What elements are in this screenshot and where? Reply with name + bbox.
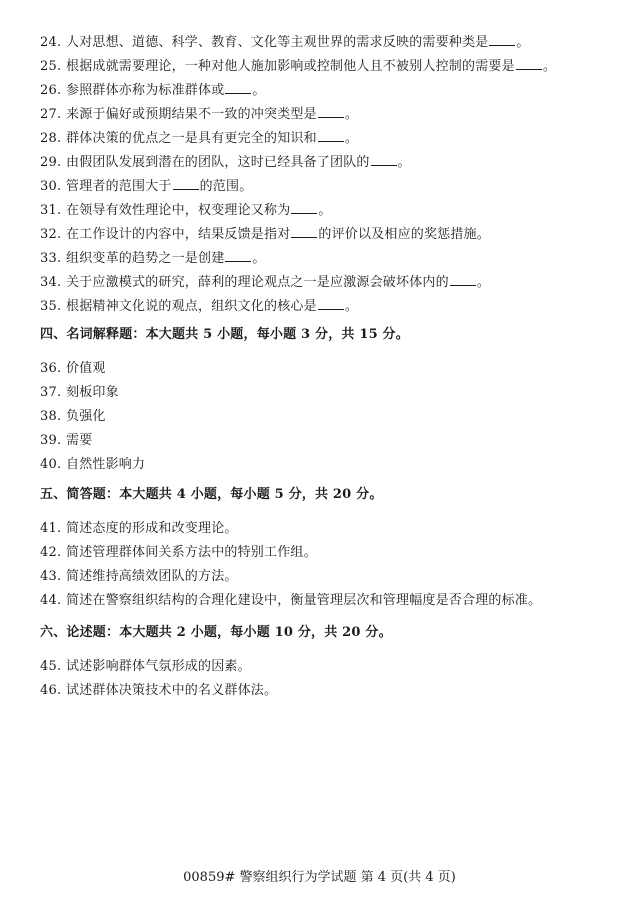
question-30: 30.管理者的范围大于的范围。 — [40, 177, 252, 195]
question-text: 简述态度的形成和改变理论。 — [66, 521, 238, 536]
question-text: 在工作设计的内容中，结果反馈是指对 — [66, 227, 290, 242]
question-text-end: 。 — [345, 299, 358, 314]
question-text: 简述管理群体间关系方法中的特别工作组。 — [66, 545, 317, 560]
question-text: 刻板印象 — [66, 385, 119, 400]
question-34: 34.关于应激模式的研究，薛利的理论观点之一是应激源会破坏体内的。 — [40, 273, 490, 291]
question-number: 29. — [40, 155, 66, 171]
question-number: 37. — [40, 385, 66, 401]
question-number: 28. — [40, 131, 66, 147]
answer-blank — [318, 105, 344, 118]
question-text-end: 的范围。 — [200, 179, 253, 194]
question-number: 44. — [40, 593, 66, 609]
question-number: 46. — [40, 683, 66, 699]
question-text: 参照群体亦称为标准群体或 — [66, 83, 224, 98]
answer-blank — [450, 273, 476, 286]
question-46: 46.试述群体决策技术中的名义群体法。 — [40, 683, 277, 699]
question-number: 31. — [40, 203, 66, 219]
question-text-end: 。 — [543, 59, 556, 74]
answer-blank — [371, 153, 397, 166]
question-number: 43. — [40, 569, 66, 585]
question-text: 关于应激模式的研究，薛利的理论观点之一是应激源会破坏体内的 — [66, 275, 449, 290]
question-36: 36.价值观 — [40, 361, 106, 377]
question-number: 42. — [40, 545, 66, 561]
question-text-end: 。 — [318, 203, 331, 218]
answer-blank — [318, 297, 344, 310]
question-text: 价值观 — [66, 361, 106, 376]
question-text: 试述群体决策技术中的名义群体法。 — [66, 683, 277, 698]
answer-blank — [318, 129, 344, 142]
question-45: 45.试述影响群体气氛形成的因素。 — [40, 659, 251, 675]
question-text-end: 。 — [477, 275, 490, 290]
question-text-end: 。 — [398, 155, 411, 170]
answer-blank — [291, 201, 317, 214]
question-31: 31.在领导有效性理论中，权变理论又称为。 — [40, 201, 332, 219]
question-text: 根据成就需要理论，一种对他人施加影响或控制他人且不被别人控制的需要是 — [66, 59, 515, 74]
question-number: 45. — [40, 659, 66, 675]
answer-blank — [225, 249, 251, 262]
question-25: 25.根据成就需要理论，一种对他人施加影响或控制他人且不被别人控制的需要是。 — [40, 57, 556, 75]
question-37: 37.刻板印象 — [40, 385, 119, 401]
section-heading-6: 六、论述题：本大题共 2 小题，每小题 10 分，共 20 分。 — [40, 625, 392, 641]
question-number: 24. — [40, 35, 66, 51]
answer-blank — [173, 177, 199, 190]
answer-blank — [489, 33, 515, 46]
question-text-end: 。 — [516, 35, 529, 50]
question-text: 试述影响群体气氛形成的因素。 — [66, 659, 251, 674]
exam-page: 24.人对思想、道德、科学、教育、文化等主观世界的需求反映的需要种类是。 25.… — [0, 0, 639, 898]
question-number: 41. — [40, 521, 66, 537]
question-text: 简述在警察组织结构的合理化建设中，衡量管理层次和管理幅度是否合理的标准。 — [66, 593, 541, 608]
question-28: 28.群体决策的优点之一是具有更完全的知识和。 — [40, 129, 358, 147]
section-heading-5: 五、简答题：本大题共 4 小题，每小题 5 分，共 20 分。 — [40, 487, 383, 503]
question-text: 来源于偏好或预期结果不一致的冲突类型是 — [66, 107, 317, 122]
question-number: 39. — [40, 433, 66, 449]
question-44: 44.简述在警察组织结构的合理化建设中，衡量管理层次和管理幅度是否合理的标准。 — [40, 593, 541, 609]
question-text: 管理者的范围大于 — [66, 179, 172, 194]
answer-blank — [225, 81, 251, 94]
question-text: 由假团队发展到潜在的团队，这时已经具备了团队的 — [66, 155, 370, 170]
answer-blank — [516, 57, 542, 70]
question-text: 群体决策的优点之一是具有更完全的知识和 — [66, 131, 317, 146]
question-text: 人对思想、道德、科学、教育、文化等主观世界的需求反映的需要种类是 — [66, 35, 488, 50]
question-number: 26. — [40, 83, 66, 99]
question-32: 32.在工作设计的内容中，结果反馈是指对的评价以及相应的奖惩措施。 — [40, 225, 490, 243]
question-text-end: 。 — [252, 251, 265, 266]
question-text: 负强化 — [66, 409, 106, 424]
question-number: 38. — [40, 409, 66, 425]
page-footer: 00859# 警察组织行为学试题 第 4 页(共 4 页) — [0, 870, 639, 886]
question-text-end: 的评价以及相应的奖惩措施。 — [318, 227, 490, 242]
question-text: 在领导有效性理论中，权变理论又称为 — [66, 203, 290, 218]
question-40: 40.自然性影响力 — [40, 457, 145, 473]
question-41: 41.简述态度的形成和改变理论。 — [40, 521, 238, 537]
question-number: 25. — [40, 59, 66, 75]
question-29: 29.由假团队发展到潜在的团队，这时已经具备了团队的。 — [40, 153, 411, 171]
question-number: 30. — [40, 179, 66, 195]
question-38: 38.负强化 — [40, 409, 106, 425]
question-text: 根据精神文化说的观点，组织文化的核心是 — [66, 299, 317, 314]
question-text: 组织变革的趋势之一是创建 — [66, 251, 224, 266]
question-24: 24.人对思想、道德、科学、教育、文化等主观世界的需求反映的需要种类是。 — [40, 33, 530, 51]
question-35: 35.根据精神文化说的观点，组织文化的核心是。 — [40, 297, 358, 315]
question-text-end: 。 — [252, 83, 265, 98]
question-number: 40. — [40, 457, 66, 473]
question-number: 32. — [40, 227, 66, 243]
question-text: 自然性影响力 — [66, 457, 145, 472]
question-text: 简述维持高绩效团队的方法。 — [66, 569, 238, 584]
question-number: 34. — [40, 275, 66, 291]
question-text-end: 。 — [345, 131, 358, 146]
question-42: 42.简述管理群体间关系方法中的特别工作组。 — [40, 545, 317, 561]
question-26: 26.参照群体亦称为标准群体或。 — [40, 81, 266, 99]
answer-blank — [291, 225, 317, 238]
question-number: 35. — [40, 299, 66, 315]
question-27: 27.来源于偏好或预期结果不一致的冲突类型是。 — [40, 105, 358, 123]
question-text: 需要 — [66, 433, 92, 448]
question-number: 36. — [40, 361, 66, 377]
question-number: 33. — [40, 251, 66, 267]
section-heading-4: 四、名词解释题：本大题共 5 小题，每小题 3 分，共 15 分。 — [40, 327, 409, 343]
question-33: 33.组织变革的趋势之一是创建。 — [40, 249, 266, 267]
question-43: 43.简述维持高绩效团队的方法。 — [40, 569, 238, 585]
question-number: 27. — [40, 107, 66, 123]
question-39: 39.需要 — [40, 433, 92, 449]
question-text-end: 。 — [345, 107, 358, 122]
